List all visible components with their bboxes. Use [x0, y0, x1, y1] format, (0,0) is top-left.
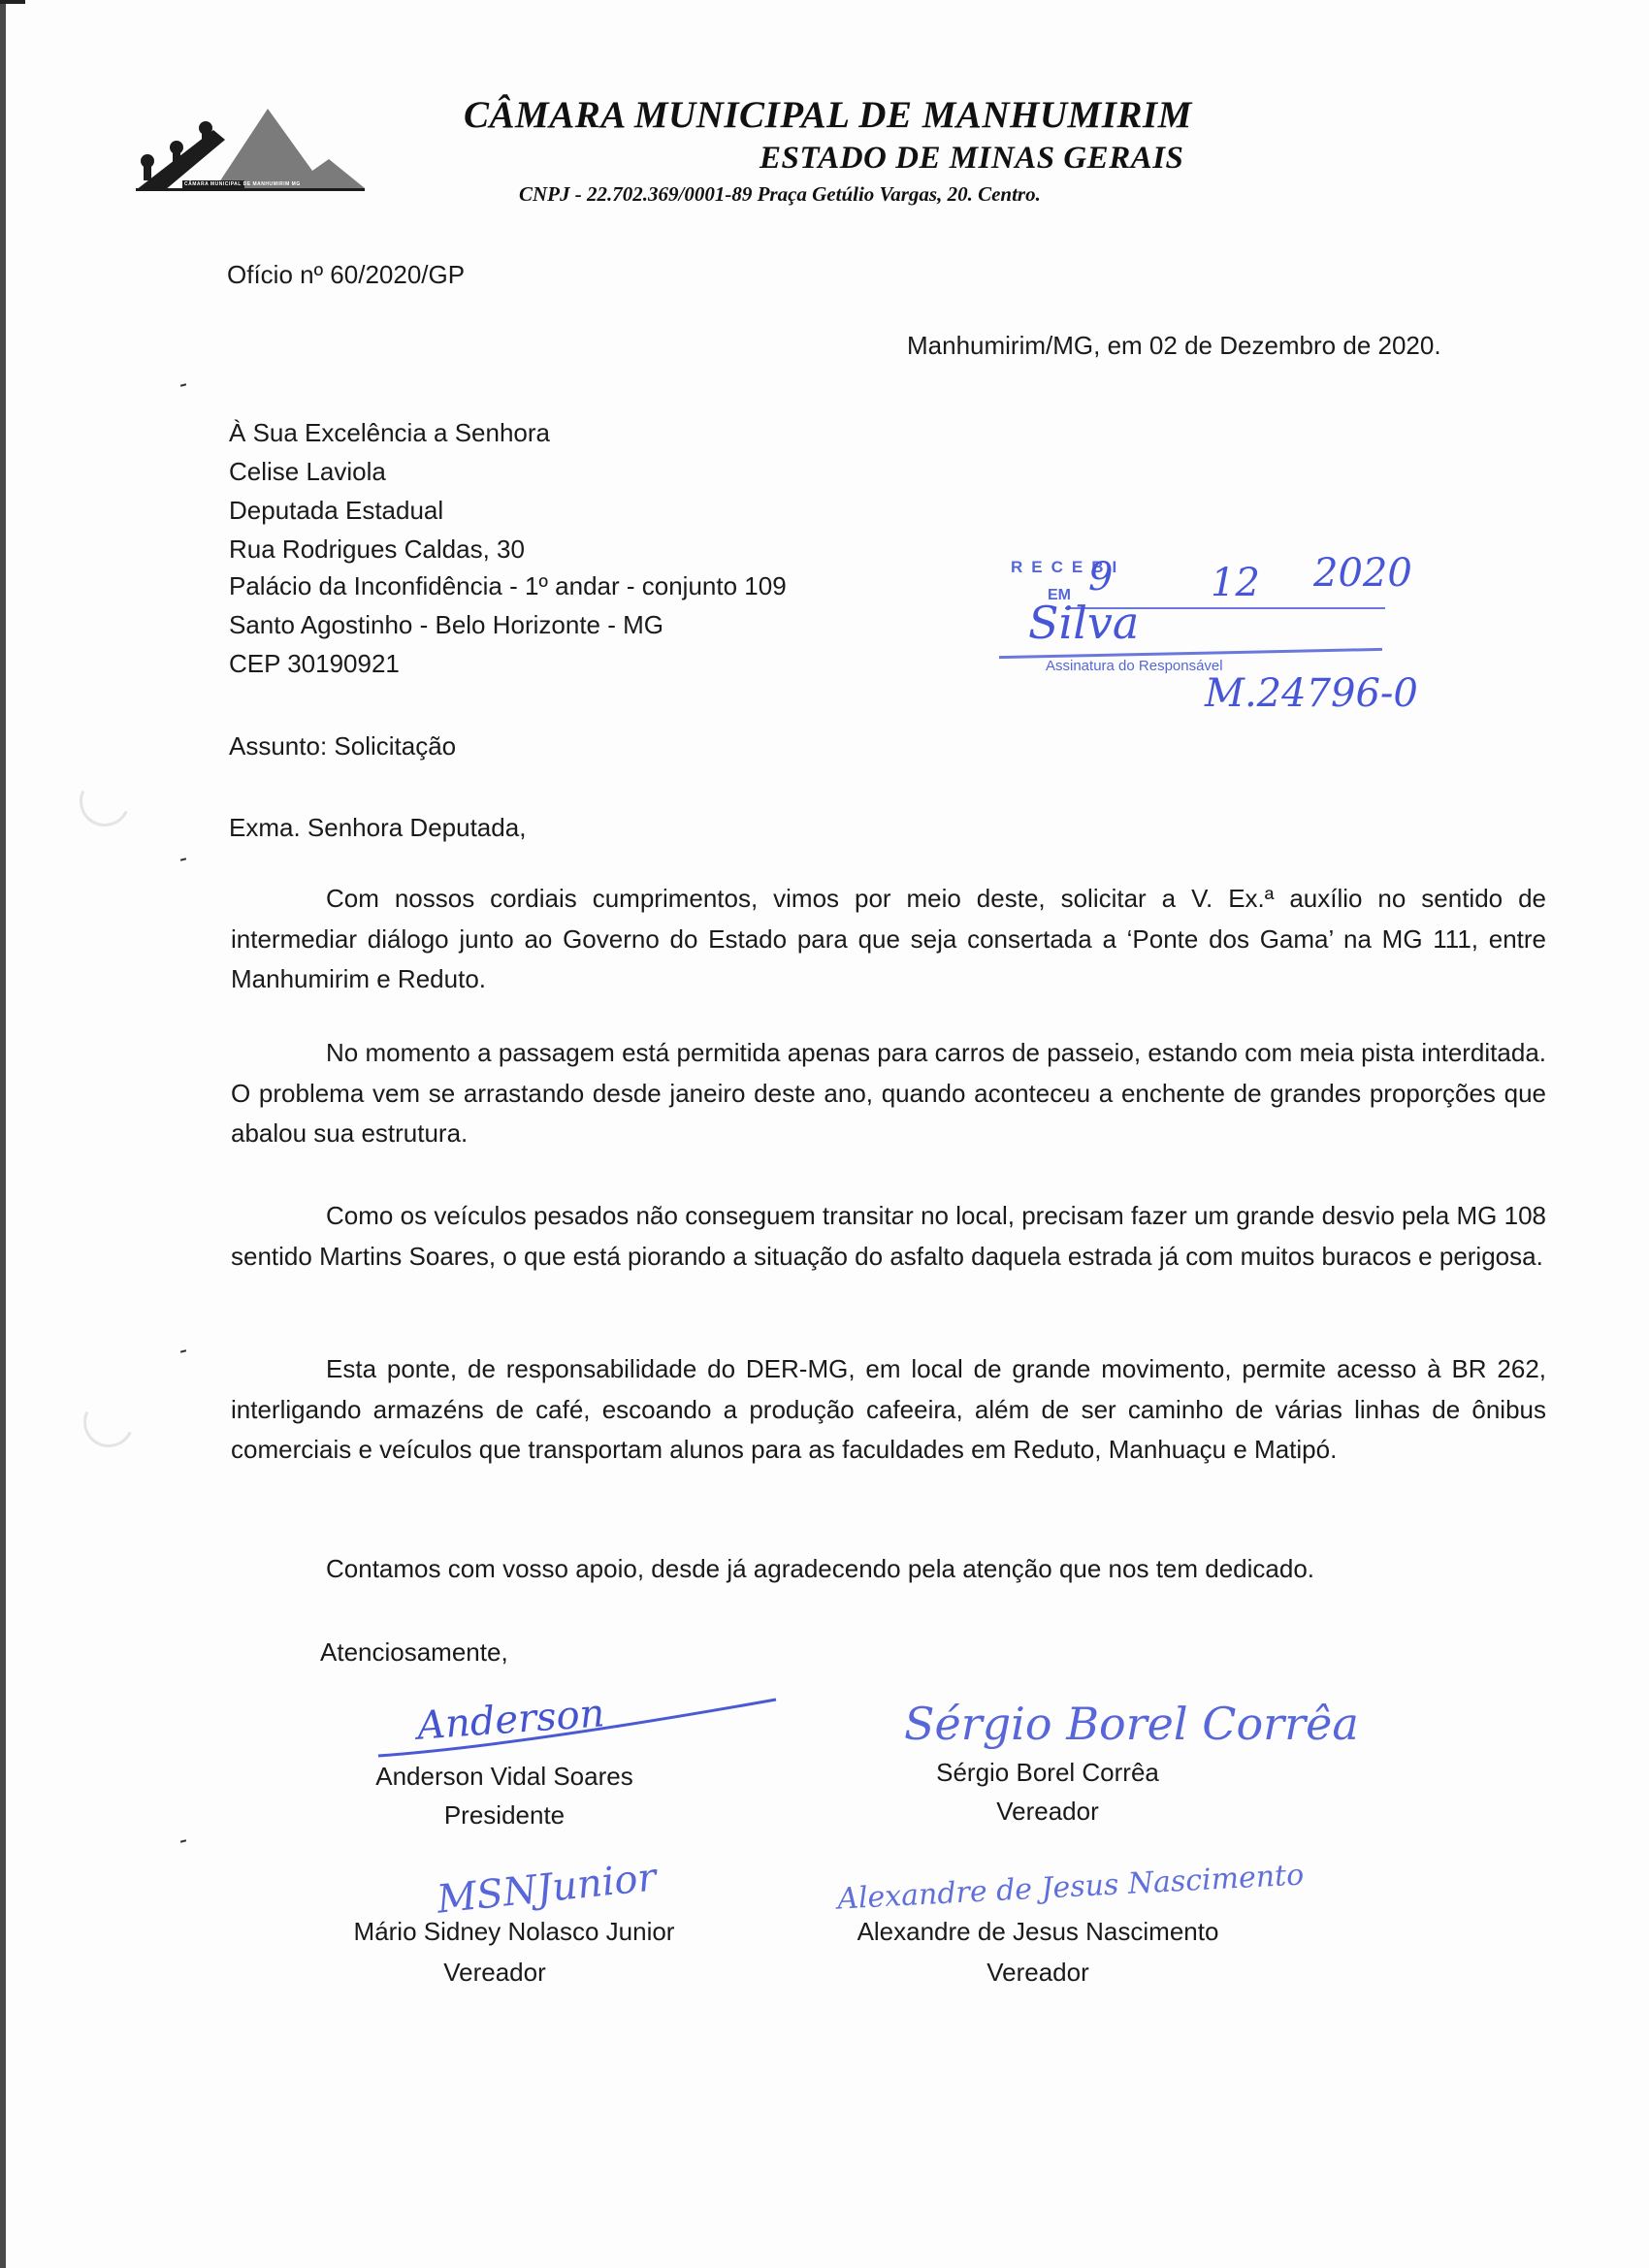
signatory-name: Mário Sidney Nolasco Junior: [330, 1919, 698, 1944]
signatory-name: Anderson Vidal Soares: [349, 1764, 660, 1789]
stamp-year: 2020: [1313, 551, 1412, 596]
body-paragraph: Como os veículos pesados não conseguem t…: [231, 1196, 1546, 1277]
recipient-line: Palácio da Inconfidência - 1º andar - co…: [229, 573, 787, 599]
recipient-line: Deputada Estadual: [229, 498, 443, 523]
body-paragraph: Esta ponte, de responsabilidade do DER-M…: [231, 1349, 1546, 1471]
handwritten-signature: Sérgio Borel Corrêa: [904, 1698, 1359, 1750]
scan-edge-top: [0, 0, 25, 4]
scan-speck: [180, 1349, 186, 1352]
stamp-handwritten-signature: Silva: [1028, 597, 1139, 649]
letterhead-cnpj-address: CNPJ - 22.702.369/0001-89 Praça Getúlio …: [519, 182, 1041, 207]
logo-caption: CÂMARA MUNICIPAL DE MANHUMIRIM MG: [184, 181, 301, 187]
document-reference: Ofício nº 60/2020/GP: [227, 262, 465, 287]
salutation: Exma. Senhora Deputada,: [229, 815, 526, 840]
scan-speck: [180, 383, 186, 386]
recipient-line: Rua Rodrigues Caldas, 30: [229, 536, 525, 562]
chamber-logo: CÂMARA MUNICIPAL DE MANHUMIRIM MG: [132, 101, 370, 200]
recipient-line: CEP 30190921: [229, 651, 400, 676]
letterhead-subtitle: ESTADO DE MINAS GERAIS: [760, 141, 1183, 177]
subject-line: Assunto: Solicitação: [229, 733, 456, 759]
body-paragraph: Contamos com vosso apoio, desde já agrad…: [231, 1549, 1546, 1590]
letterhead-title: CÂMARA MUNICIPAL DE MANHUMIRIM: [464, 93, 1192, 137]
signatory-role: Vereador: [829, 1960, 1246, 1985]
handwritten-signature: MSNJunior: [435, 1855, 658, 1922]
body-paragraph: Com nossos cordiais cumprimentos, vimos …: [231, 879, 1546, 1000]
signatory-name: Alexandre de Jesus Nascimento: [829, 1919, 1246, 1944]
scan-speck: [180, 858, 186, 860]
stamp-month: 12: [1211, 561, 1260, 605]
stamp-signature-caption: Assinatura do Responsável: [1046, 658, 1223, 674]
letter-page: CÂMARA MUNICIPAL DE MANHUMIRIM MG CÂMARA…: [0, 0, 1649, 2268]
place-date: Manhumirim/MG, em 02 de Dezembro de 2020…: [907, 333, 1441, 358]
signatory-role: Presidente: [349, 1802, 660, 1828]
received-stamp: RECEBI EM 9 12 2020 Silva Assinatura do …: [989, 543, 1436, 728]
stamp-day: 9: [1088, 555, 1113, 599]
stamp-handwritten-id: M.24796-0: [1205, 671, 1418, 716]
punch-hole-mark: [73, 769, 138, 834]
recipient-line: Santo Agostinho - Belo Horizonte - MG: [229, 612, 663, 637]
punch-hole-mark: [77, 1390, 142, 1455]
body-paragraph: No momento a passagem está permitida ape…: [231, 1033, 1546, 1154]
recipient-line: À Sua Excelência a Senhora: [229, 420, 550, 445]
scan-speck: [180, 1839, 186, 1842]
signatory-role: Vereador: [892, 1798, 1203, 1824]
closing: Atenciosamente,: [320, 1639, 508, 1665]
signatory-role: Vereador: [330, 1960, 660, 1985]
scan-edge-left: [0, 0, 6, 2268]
signature-stroke-icon: [369, 1688, 786, 1766]
signatory-name: Sérgio Borel Corrêa: [892, 1760, 1203, 1785]
handwritten-signature: Alexandre de Jesus Nascimento: [836, 1858, 1305, 1916]
recipient-line: Celise Laviola: [229, 459, 386, 484]
